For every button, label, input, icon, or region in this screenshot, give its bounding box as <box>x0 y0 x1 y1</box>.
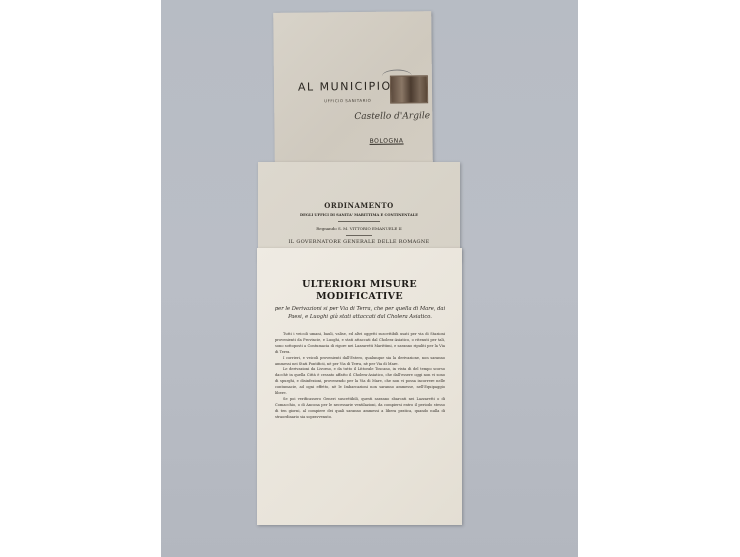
envelope-city: BOLOGNA <box>370 137 404 144</box>
body-paragraph: I corrieri, e veicoli provenienti dall'E… <box>275 356 445 368</box>
envelope-address-subtitle: UFFICIO SANITARIO <box>324 98 371 103</box>
ordinamento-governor: IL GOVERNATORE GENERALE DELLE ROMAGNE <box>258 239 460 245</box>
ordinamento-title: ORDINAMENTO <box>258 201 460 210</box>
envelope-address-title: AL MUNICIPIO <box>298 80 392 94</box>
ulteriori-title-line1: ULTERIORI MISURE <box>257 279 462 290</box>
body-paragraph: Tutti i veicoli umani, bauli, valise, ed… <box>275 332 445 356</box>
postage-stamp-icon <box>390 75 428 103</box>
envelope-document: AL MUNICIPIO UFFICIO SANITARIO Castello … <box>273 11 433 165</box>
divider <box>346 235 372 236</box>
ulteriori-body: Tutti i veicoli umani, bauli, valise, ed… <box>275 332 445 421</box>
body-paragraph: Le derivazioni da Livorno, e da tutto il… <box>275 367 445 397</box>
ordinamento-document: ORDINAMENTO DEGLI UFFICI DI SANITA' MARI… <box>258 162 460 262</box>
body-paragraph: Se poi verificassero Generi suscettibili… <box>275 397 445 421</box>
ordinamento-subtitle: DEGLI UFFICI DI SANITA' MARITTIMA E CONT… <box>258 213 460 217</box>
divider <box>338 221 380 222</box>
envelope-handwritten-recipient: Castello d'Argile <box>354 111 430 122</box>
ulteriori-title-line2: MODIFICATIVE <box>257 291 462 302</box>
ulteriori-intro: per le Derivazioni si per Via di Terra, … <box>271 306 449 321</box>
ordinamento-regnante: Regnando S. M. VITTORIO EMANUELE II <box>258 226 460 231</box>
ulteriori-misure-document: ULTERIORI MISURE MODIFICATIVE per le Der… <box>257 248 462 525</box>
